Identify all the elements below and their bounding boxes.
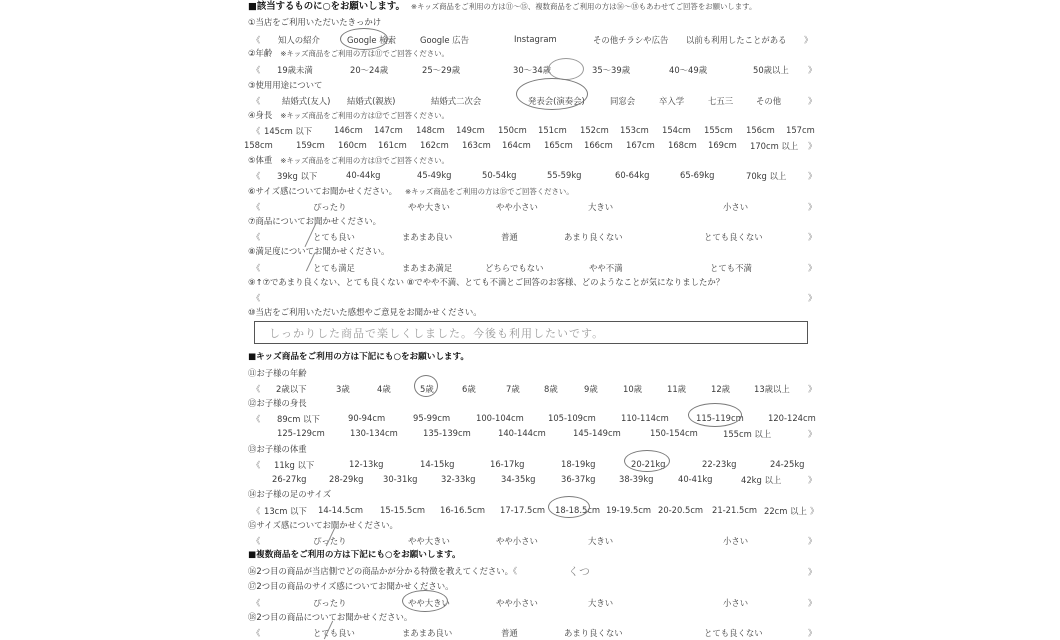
q5-label: ⑤体重※キッズ商品をご利用の方は⑬でご回答ください。 (248, 155, 449, 166)
q18-option[interactable]: あまり良くない (564, 627, 623, 639)
q13-option[interactable]: 38-39kg (619, 474, 654, 484)
bracket-close: 》 (804, 34, 812, 46)
q4-option[interactable]: 146cm (334, 125, 363, 135)
q16-handwritten-answer: くつ (568, 563, 590, 579)
q4-option[interactable]: 170cm 以上 (750, 140, 798, 152)
q4-option[interactable]: 166cm (584, 140, 613, 150)
q7-option-selected[interactable]: とても良い (313, 231, 355, 243)
bracket-open: 《 (252, 170, 260, 182)
bracket-open: 《 (252, 459, 260, 471)
q7-label: ⑦商品についてお聞かせください。 (248, 216, 381, 227)
q4-option[interactable]: 158cm (244, 140, 273, 150)
q1-options: 《 知人の紹介 Google 検索 Google 広告 Instagram その… (250, 34, 818, 45)
bracket-open: 《 (252, 535, 260, 547)
q4-option[interactable]: 169cm (708, 140, 737, 150)
q7-options: 《 とても良い まあまあ良い 普通 あまり良くない とても良くない 》 (250, 231, 818, 242)
bracket-close: 》 (808, 170, 816, 182)
q14-option[interactable]: 19-19.5cm (606, 505, 651, 515)
bracket-close: 》 (808, 231, 816, 243)
q9-label: ⑨↑⑦であまり良くない、とても良くない ⑧でやや不満、とても不満とご回答のお客様… (248, 277, 724, 288)
q4-option[interactable]: 151cm (538, 125, 567, 135)
q17-option[interactable]: ぴったり (313, 597, 347, 609)
q8-option[interactable]: とても不満 (710, 262, 752, 274)
q4-option[interactable]: 154cm (662, 125, 691, 135)
q13-option[interactable]: 34-35kg (501, 474, 536, 484)
q4-option[interactable]: 164cm (502, 140, 531, 150)
q11-option[interactable]: 6歳 (462, 383, 476, 395)
q12-option[interactable]: 95-99cm (413, 413, 450, 423)
q4-option[interactable]: 163cm (462, 140, 491, 150)
q1-option[interactable]: 以前も利用したことがある (686, 34, 787, 46)
q3-option[interactable]: その他 (756, 95, 781, 107)
q5-label-text: ⑤体重 (248, 155, 272, 165)
q6-label: ⑥サイズ感についてお聞かせください。※キッズ商品をご利用の方は⑮でご回答ください… (248, 186, 574, 197)
q4-label: ④身長※キッズ商品をご利用の方は⑫でご回答ください。 (248, 110, 449, 121)
q18-label: ⑱2つ目の商品についてお聞かせください。 (248, 612, 412, 623)
q4-option[interactable]: 147cm (374, 125, 403, 135)
q11-label: ⑪お子様の年齢 (248, 368, 307, 379)
q6-option[interactable]: 大きい (588, 201, 613, 213)
q13-option[interactable]: 22-23kg (702, 459, 737, 469)
q4-option[interactable]: 161cm (378, 140, 407, 150)
q15-option-selected[interactable]: ぴったり (313, 535, 347, 547)
bracket-open: 《 (252, 292, 260, 304)
q5-option[interactable]: 39kg 以下 (277, 170, 317, 182)
q3-option[interactable]: 同窓会 (610, 95, 635, 107)
q15-option[interactable]: やや小さい (496, 535, 538, 547)
q4-label-text: ④身長 (248, 110, 272, 120)
q5-option[interactable]: 70kg 以上 (746, 170, 786, 182)
q12-option-selected[interactable]: 115-119cm (696, 413, 744, 423)
q17-options: 《 ぴったり やや大きい やや小さい 大きい 小さい 》 (250, 597, 818, 608)
q12-option[interactable]: 89cm 以下 (277, 413, 320, 425)
q10-comment-box[interactable]: しっかりした商品で楽しくしました。今後も利用したいです。 (254, 321, 808, 344)
heading-text: ■該当するものに○をお願いします。 (248, 1, 405, 12)
q15-options: 《 ぴったり やや大きい やや小さい 大きい 小さい 》 (250, 535, 818, 546)
q12-option[interactable]: 155cm 以上 (723, 428, 771, 440)
q10-label: ⑩当店をご利用いただいた感想やご意見をお聞かせください。 (248, 307, 482, 318)
q4-option[interactable]: 160cm (338, 140, 367, 150)
q4-option[interactable]: 167cm (626, 140, 655, 150)
bracket-open: 《 (252, 505, 260, 517)
q5-option[interactable]: 50-54kg (482, 170, 517, 180)
q4-option[interactable]: 152cm (580, 125, 609, 135)
q17-label: ⑰2つ目の商品のサイズ感についてお聞かせください。 (248, 581, 454, 592)
q11-option[interactable]: 2歳以下 (276, 383, 306, 395)
bracket-close: 》 (808, 566, 816, 578)
q14-label: ⑭お子様の足のサイズ (248, 489, 331, 500)
q1-option-selected[interactable]: Google 検索 (347, 34, 396, 46)
q3-label: ③使用用途について (248, 80, 322, 91)
q12-option[interactable]: 90-94cm (348, 413, 385, 423)
bracket-open: 《 (252, 34, 260, 46)
q13-option[interactable]: 26-27kg (272, 474, 307, 484)
q6-option[interactable]: 小さい (723, 201, 748, 213)
q1-label: ①当店をご利用いただいたきっかけ (248, 17, 381, 28)
q8-option-selected[interactable]: とても満足 (313, 262, 355, 274)
q16-answer-field[interactable]: くつ 》 (250, 563, 818, 574)
q13-option[interactable]: 28-29kg (329, 474, 364, 484)
q13-option[interactable]: 18-19kg (561, 459, 596, 469)
q2-option[interactable]: 35〜39歳 (592, 64, 630, 76)
bracket-open: 《 (252, 201, 260, 213)
q11-option[interactable]: 9歳 (584, 383, 598, 395)
q12-option[interactable]: 130-134cm (350, 428, 398, 438)
q4-option[interactable]: 145cm 以下 (264, 125, 312, 137)
q11-option[interactable]: 8歳 (544, 383, 558, 395)
q12-options-row1: 《 89cm 以下 90-94cm 95-99cm 100-104cm 105-… (250, 413, 818, 424)
q12-option[interactable]: 110-114cm (621, 413, 669, 423)
q4-option[interactable]: 150cm (498, 125, 527, 135)
q14-option[interactable]: 22cm 以上 (764, 505, 807, 517)
q4-option[interactable]: 148cm (416, 125, 445, 135)
q13-label: ⑬お子様の体重 (248, 444, 307, 455)
q12-option[interactable]: 145-149cm (573, 428, 621, 438)
bracket-close: 》 (808, 262, 816, 274)
bracket-close: 》 (808, 64, 816, 76)
q13-option[interactable]: 24-25kg (770, 459, 805, 469)
q15-label: ⑮サイズ感についてお聞かせください。 (248, 520, 398, 531)
q4-option[interactable]: 159cm (296, 140, 325, 150)
bracket-close: 》 (808, 474, 816, 486)
q4-option[interactable]: 149cm (456, 125, 485, 135)
q11-option[interactable]: 7歳 (506, 383, 520, 395)
q1-option[interactable]: Instagram (514, 34, 557, 44)
q5-option[interactable]: 45-49kg (417, 170, 452, 180)
q2-option[interactable]: 50歳以上 (753, 64, 789, 76)
q3-option[interactable]: 結婚式(友人) (282, 95, 330, 107)
section-heading-multi: ■複数商品をご利用の方は下記にも○をお願いします。 (248, 550, 461, 561)
q8-option[interactable]: どちらでもない (485, 262, 544, 274)
bracket-open: 《 (252, 597, 260, 609)
bracket-close: 》 (808, 292, 816, 304)
q5-option[interactable]: 65-69kg (680, 170, 715, 180)
q11-option[interactable]: 4歳 (377, 383, 391, 395)
q7-option[interactable]: とても良くない (704, 231, 763, 243)
q13-option[interactable]: 30-31kg (383, 474, 418, 484)
q13-options-row1: 《 11kg 以下 12-13kg 14-15kg 16-17kg 18-19k… (250, 459, 818, 470)
section-heading-main: ■該当するものに○をお願いします。※キッズ商品をご利用の方は⑪〜⑮、複数商品をご… (248, 1, 756, 12)
q10-handwritten-answer: しっかりした商品で楽しくしました。今後も利用したいです。 (269, 325, 604, 341)
q2-option[interactable]: 40〜49歳 (669, 64, 707, 76)
q4-option[interactable]: 162cm (420, 140, 449, 150)
q4-option[interactable]: 153cm (620, 125, 649, 135)
bracket-close: 》 (808, 627, 816, 639)
q2-option[interactable]: 25〜29歳 (422, 64, 460, 76)
q14-option[interactable]: 17-17.5cm (500, 505, 545, 515)
q4-option[interactable]: 155cm (704, 125, 733, 135)
q5-note: ※キッズ商品をご利用の方は⑬でご回答ください。 (280, 156, 449, 165)
q2-label-text: ②年齢 (248, 48, 272, 58)
q12-option[interactable]: 135-139cm (423, 428, 471, 438)
q12-option[interactable]: 120-124cm (768, 413, 816, 423)
q6-option[interactable]: ぴったり (313, 201, 347, 213)
q14-option[interactable]: 13cm 以下 (264, 505, 307, 517)
bracket-open: 《 (252, 627, 260, 639)
q8-label: ⑧満足度についてお聞かせください。 (248, 246, 389, 257)
heading-note: ※キッズ商品をご利用の方は⑪〜⑮、複数商品をご利用の方は⑯〜⑱もあわせてご回答を… (411, 2, 756, 11)
bracket-close: 》 (808, 597, 816, 609)
bracket-close: 》 (810, 505, 818, 517)
bracket-close: 》 (808, 383, 816, 395)
q11-option[interactable]: 13歳以上 (754, 383, 790, 395)
q18-option[interactable]: まあまあ良い (402, 627, 452, 639)
q11-option-selected[interactable]: 5歳 (420, 383, 434, 395)
q3-option[interactable]: 結婚式(親族) (347, 95, 395, 107)
q14-option[interactable]: 14-14.5cm (318, 505, 363, 515)
q12-option[interactable]: 100-104cm (476, 413, 524, 423)
q5-option[interactable]: 40-44kg (346, 170, 381, 180)
q5-option[interactable]: 55-59kg (547, 170, 582, 180)
q17-option-selected[interactable]: やや大きい (408, 597, 450, 609)
bracket-open: 《 (252, 413, 260, 425)
q15-option[interactable]: やや大きい (408, 535, 450, 547)
bracket-open: 《 (252, 383, 260, 395)
q13-option[interactable]: 36-37kg (561, 474, 596, 484)
q6-option[interactable]: やや小さい (496, 201, 538, 213)
q13-option[interactable]: 12-13kg (349, 459, 384, 469)
q13-option[interactable]: 11kg 以下 (274, 459, 314, 471)
bracket-close: 》 (808, 201, 816, 213)
bracket-open: 《 (252, 95, 260, 107)
q3-options: 《 結婚式(友人) 結婚式(親族) 結婚式二次会 発表会(演奏会) 同窓会 卒入… (250, 95, 818, 106)
q6-options: 《 ぴったり やや大きい やや小さい 大きい 小さい 》 (250, 201, 818, 212)
q12-option[interactable]: 125-129cm (277, 428, 325, 438)
q17-option[interactable]: やや小さい (496, 597, 538, 609)
q14-option[interactable]: 20-20.5cm (658, 505, 703, 515)
q11-option[interactable]: 12歳 (711, 383, 730, 395)
q2-options: 《 19歳未満 20〜24歳 25〜29歳 30〜34歳 35〜39歳 40〜4… (250, 64, 818, 75)
q17-option[interactable]: 小さい (723, 597, 748, 609)
q2-note: ※キッズ商品をご利用の方は⑪でご回答ください。 (280, 49, 449, 58)
q13-options-row2: 26-27kg 28-29kg 30-31kg 32-33kg 34-35kg … (250, 474, 818, 485)
q4-options-row2: 158cm 159cm 160cm 161cm 162cm 163cm 164c… (250, 140, 818, 151)
q6-label-text: ⑥サイズ感についてお聞かせください。 (248, 186, 397, 196)
q4-option[interactable]: 168cm (668, 140, 697, 150)
q9-answer-field[interactable]: 《 》 (250, 292, 818, 303)
q12-option[interactable]: 140-144cm (498, 428, 546, 438)
bracket-close: 》 (808, 535, 816, 547)
q3-option[interactable]: 結婚式二次会 (431, 95, 481, 107)
q14-option[interactable]: 21-21.5cm (712, 505, 757, 515)
q12-label: ⑫お子様の身長 (248, 398, 307, 409)
q15-option[interactable]: 小さい (723, 535, 748, 547)
q7-option[interactable]: まあまあ良い (402, 231, 452, 243)
q14-option[interactable]: 16-16.5cm (440, 505, 485, 515)
q13-option[interactable]: 32-33kg (441, 474, 476, 484)
q8-options: 《 とても満足 まあまあ満足 どちらでもない やや不満 とても不満 》 (250, 262, 818, 273)
q14-options: 《 13cm 以下 14-14.5cm 15-15.5cm 16-16.5cm … (250, 505, 818, 516)
q11-options: 《 2歳以下 3歳 4歳 5歳 6歳 7歳 8歳 9歳 10歳 11歳 12歳 … (250, 383, 818, 394)
q4-note: ※キッズ商品をご利用の方は⑫でご回答ください。 (280, 111, 449, 120)
section-heading-kids: ■キッズ商品をご利用の方は下記にも○をお願いします。 (248, 352, 469, 363)
q2-label: ②年齢※キッズ商品をご利用の方は⑪でご回答ください。 (248, 48, 449, 59)
q18-options: 《 とても良い まあまあ良い 普通 あまり良くない とても良くない 》 (250, 627, 818, 638)
bracket-open: 《 (252, 64, 260, 76)
q7-option[interactable]: 普通 (501, 231, 518, 243)
q14-option-selected[interactable]: 18-18.5cm (555, 505, 600, 515)
bracket-close: 》 (808, 140, 816, 152)
q17-option[interactable]: 大きい (588, 597, 613, 609)
q12-options-row2: 125-129cm 130-134cm 135-139cm 140-144cm … (250, 428, 818, 439)
q11-option[interactable]: 11歳 (667, 383, 686, 395)
q1-option[interactable]: Google 広告 (420, 34, 469, 46)
q12-option[interactable]: 105-109cm (548, 413, 596, 423)
q2-option-selected[interactable]: 30〜34歳 (513, 64, 551, 76)
q4-option[interactable]: 157cm (786, 125, 815, 135)
q6-option[interactable]: やや大きい (408, 201, 450, 213)
bracket-open: 《 (252, 262, 260, 274)
q11-option[interactable]: 3歳 (336, 383, 350, 395)
q1-option[interactable]: 知人の紹介 (278, 34, 320, 46)
survey-sheet: ■該当するものに○をお願いします。※キッズ商品をご利用の方は⑪〜⑮、複数商品をご… (248, 0, 818, 640)
q8-option[interactable]: やや不満 (589, 262, 623, 274)
q2-option[interactable]: 19歳未満 (277, 64, 313, 76)
q4-option[interactable]: 165cm (544, 140, 573, 150)
q3-option-selected[interactable]: 発表会(演奏会) (528, 95, 585, 107)
q11-option[interactable]: 10歳 (623, 383, 642, 395)
q18-option[interactable]: 普通 (501, 627, 518, 639)
q13-option[interactable]: 14-15kg (420, 459, 455, 469)
bracket-open: 《 (252, 125, 260, 137)
q3-option[interactable]: 七五三 (708, 95, 733, 107)
q3-option[interactable]: 卒入学 (659, 95, 684, 107)
bracket-close: 》 (808, 428, 816, 440)
q8-option[interactable]: まあまあ満足 (402, 262, 452, 274)
q14-option[interactable]: 15-15.5cm (380, 505, 425, 515)
q4-option[interactable]: 156cm (746, 125, 775, 135)
q13-option[interactable]: 40-41kg (678, 474, 713, 484)
q13-option[interactable]: 42kg 以上 (741, 474, 781, 486)
q13-option-selected[interactable]: 20-21kg (631, 459, 666, 469)
q13-option[interactable]: 16-17kg (490, 459, 525, 469)
q12-option[interactable]: 150-154cm (650, 428, 698, 438)
q18-option[interactable]: とても良くない (704, 627, 763, 639)
q7-option[interactable]: あまり良くない (564, 231, 623, 243)
bracket-close: 》 (808, 95, 816, 107)
q5-options: 《 39kg 以下 40-44kg 45-49kg 50-54kg 55-59k… (250, 170, 818, 181)
q2-option[interactable]: 20〜24歳 (350, 64, 388, 76)
bracket-open: 《 (252, 231, 260, 243)
q6-note: ※キッズ商品をご利用の方は⑮でご回答ください。 (405, 187, 574, 196)
q5-option[interactable]: 60-64kg (615, 170, 650, 180)
q1-option[interactable]: その他チラシや広告 (593, 34, 668, 46)
q18-option-selected[interactable]: とても良い (313, 627, 355, 639)
q4-options-row1: 《 145cm 以下 146cm 147cm 148cm 149cm 150cm… (250, 125, 818, 136)
q15-option[interactable]: 大きい (588, 535, 613, 547)
